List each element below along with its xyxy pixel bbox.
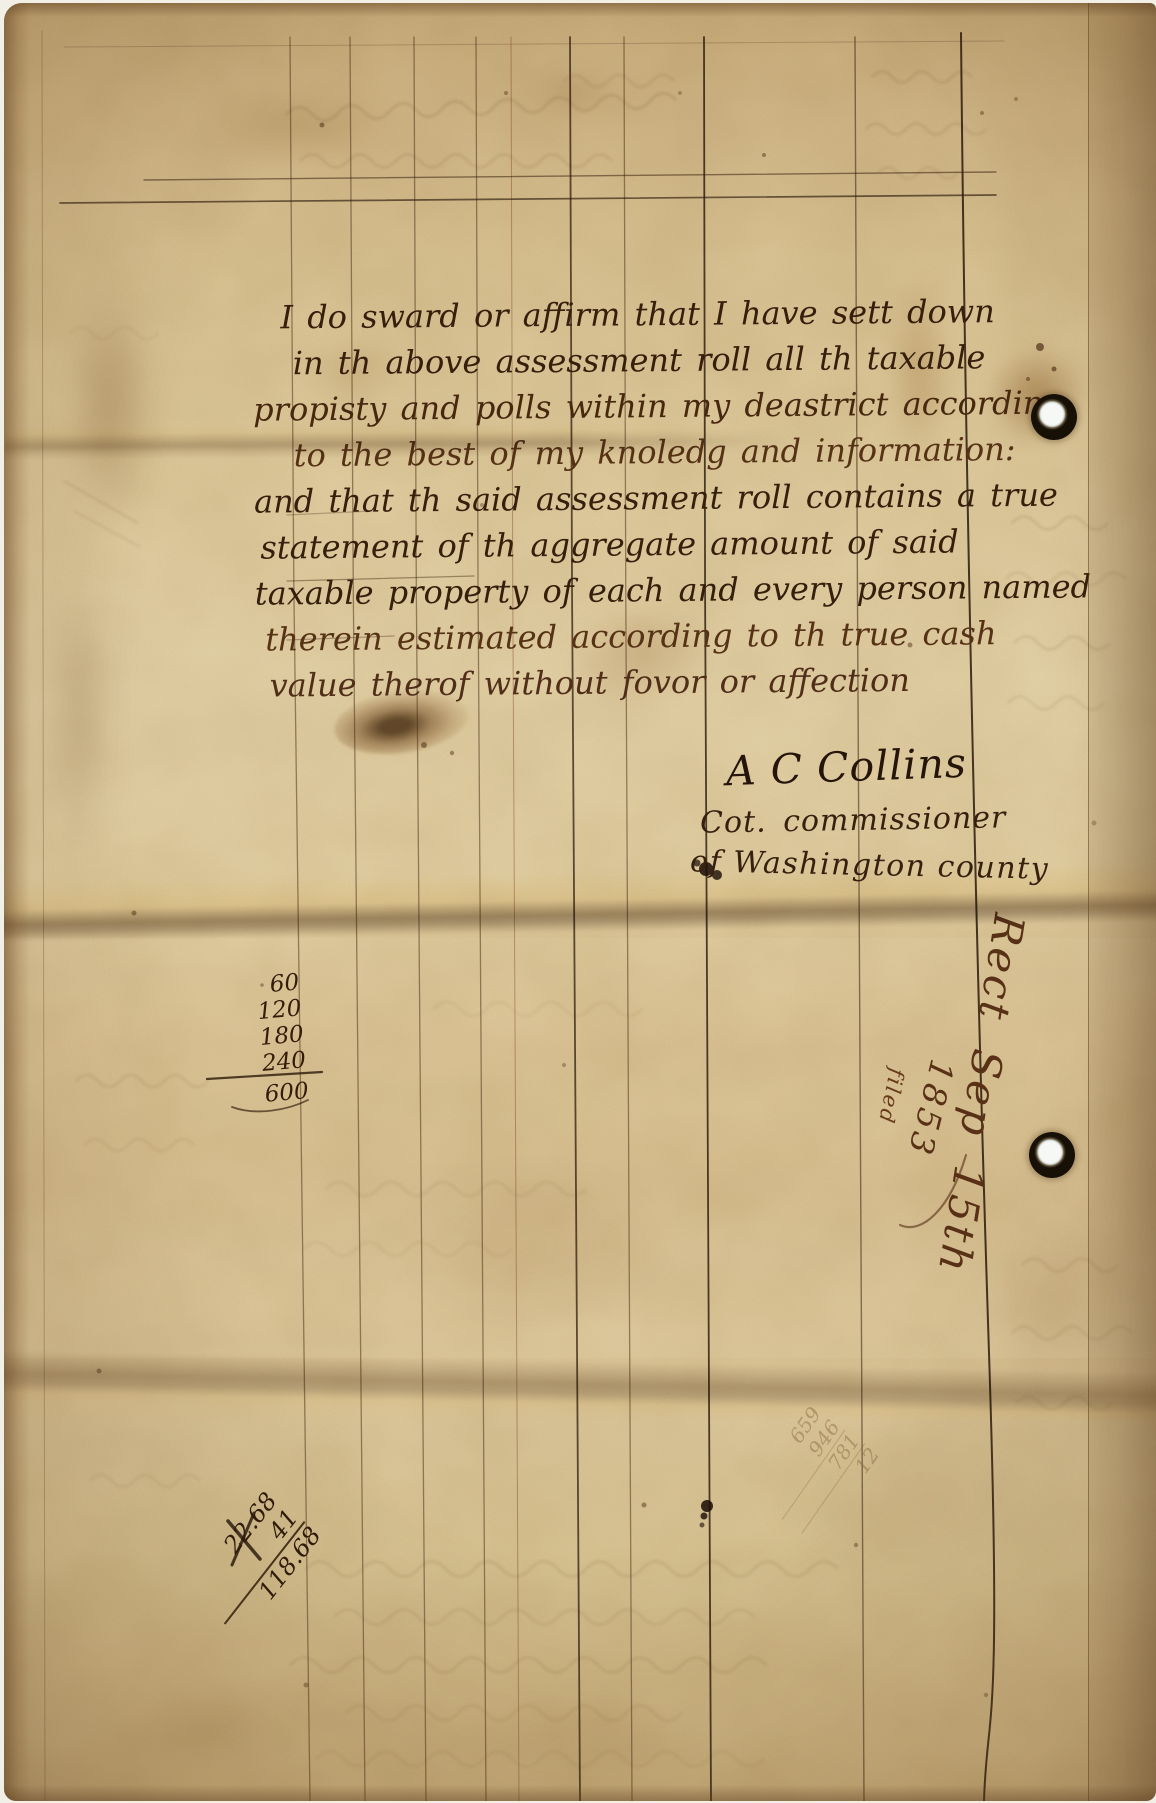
- stain: [184, 87, 424, 167]
- fold-crease-lower: [4, 1350, 1156, 1425]
- oath-line: I do sward or affirm that I have sett do…: [252, 287, 1089, 340]
- oath-line: in th above assessment roll all th taxab…: [253, 333, 1090, 386]
- oath-line: statement of th aggregate amount of said: [254, 517, 1091, 570]
- fold-crease-upper: [4, 420, 794, 460]
- oath-line: and that th said assessment roll contain…: [254, 471, 1091, 524]
- oath-line: taxable property of each and every perso…: [255, 563, 1092, 616]
- stain: [44, 563, 114, 863]
- stain: [64, 273, 154, 533]
- paper-tone-band: [4, 1418, 1156, 1801]
- oath-paragraph: I do sward or affirm that I have sett do…: [252, 287, 1092, 708]
- signature-name: A C Collins: [725, 739, 967, 795]
- stain: [524, 63, 614, 123]
- paper-left-edge: [4, 3, 30, 1801]
- grommet-bottom: [1029, 1132, 1075, 1178]
- document-page: I do sward or affirm that I have sett do…: [4, 3, 1156, 1801]
- oath-line: value therof without fovor or affection: [255, 655, 1092, 708]
- sum-column: 60 120 180 240 600: [210, 969, 309, 1111]
- signature-title: Cot. commissioner: [700, 800, 1007, 840]
- paper-bottom-edge: [4, 1785, 1156, 1801]
- paper-right-edge: [1088, 3, 1156, 1801]
- paper-top-edge: [4, 3, 1156, 17]
- scan-background: I do sward or affirm that I have sett do…: [0, 0, 1156, 1803]
- grommet-top: [1031, 394, 1077, 440]
- oath-line: therein estimated according to th true c…: [255, 609, 1092, 662]
